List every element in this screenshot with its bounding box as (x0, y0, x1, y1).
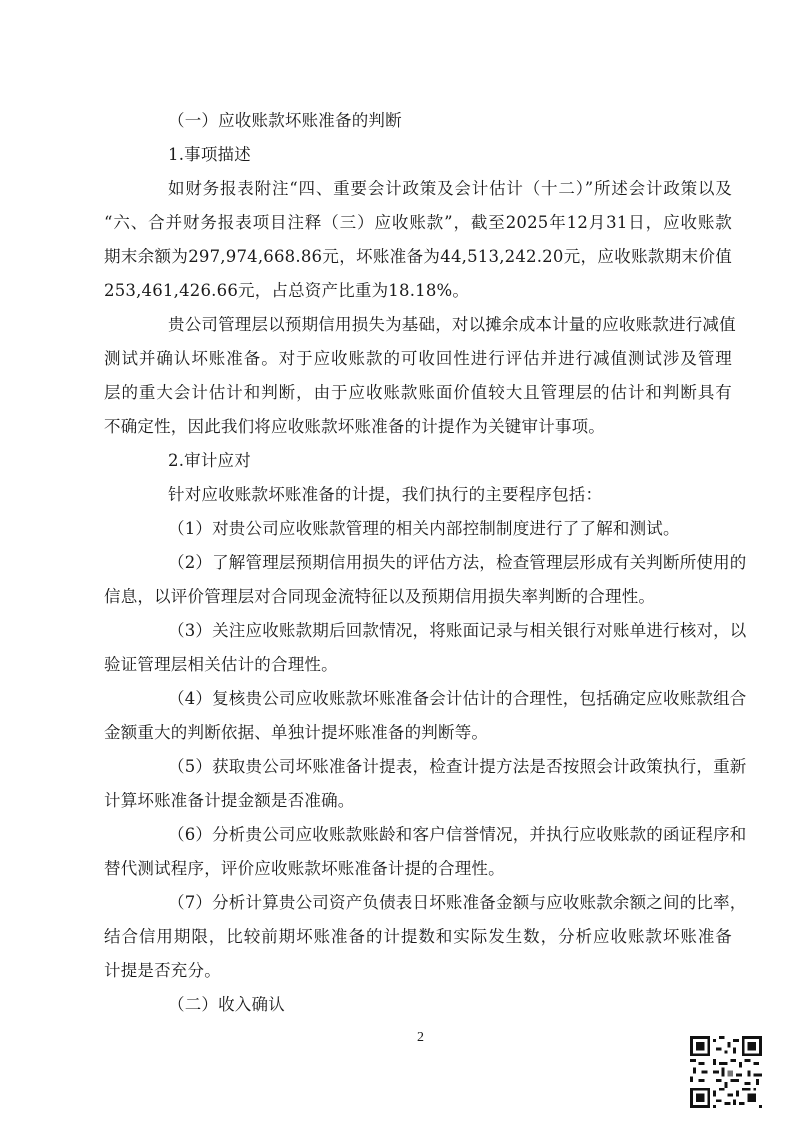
subheading-description: 1.事项描述 (168, 140, 251, 170)
procedure-item-7-cont2: 计提是否充分。 (104, 956, 221, 986)
section-heading-receivables: （一）应收账款坏账准备的判断 (168, 106, 402, 136)
procedure-item-3-cont: 验证管理层相关估计的合理性。 (104, 650, 338, 680)
paragraph-line: 层的重大会计估计和判断，由于应收账款账面价值较大且管理层的估计和判断具有 (104, 378, 732, 408)
paragraph-line: 贵公司管理层以预期信用损失为基础，对以摊余成本计量的应收账款进行减值 (168, 310, 732, 340)
procedure-item-2-cont: 信息，以评价管理层对合同现金流特征以及预期信用损失率判断的合理性。 (104, 582, 655, 612)
procedure-item-6-cont: 替代测试程序，评价应收账款坏账准备计提的合理性。 (104, 854, 505, 884)
procedure-item-4-cont: 金额重大的判断依据、单独计提坏账准备的判断等。 (104, 718, 488, 748)
procedures-intro: 针对应收账款坏账准备的计提，我们执行的主要程序包括： (168, 480, 602, 510)
procedure-item-7: （7）分析计算贵公司资产负债表日坏账准备金额与应收账款余额之间的比率， (168, 888, 732, 918)
paragraph-line: 测试并确认坏账准备。对于应收账款的可收回性进行评估并进行减值测试涉及管理 (104, 344, 732, 374)
subheading-audit-response: 2.审计应对 (168, 446, 251, 476)
paragraph-line: “六、合并财务报表项目注释（三）应收账款”，截至2025年12月31日，应收账款 (104, 208, 732, 238)
page-number: 2 (417, 1030, 424, 1046)
section-heading-revenue: （二）收入确认 (168, 990, 285, 1020)
paragraph-line: 不确定性，因此我们将应收账款坏账准备的计提作为关键审计事项。 (104, 412, 605, 442)
qr-code-icon (690, 1036, 762, 1108)
paragraph-line: 如财务报表附注“四、重要会计政策及会计估计（十二）”所述会计政策以及 (168, 174, 732, 204)
paragraph-line: 期末余额为297,974,668.86元，坏账准备为44,513,242.20元… (104, 242, 732, 272)
procedure-item-3: （3）关注应收账款期后回款情况，将账面记录与相关银行对账单进行核对，以 (168, 616, 732, 646)
procedure-item-1: （1）对贵公司应收账款管理的相关内部控制制度进行了了解和测试。 (168, 514, 680, 544)
paragraph-line: 253,461,426.66元，占总资产比重为18.18%。 (104, 276, 469, 306)
procedure-item-5: （5）获取贵公司坏账准备计提表，检查计提方法是否按照会计政策执行，重新 (168, 752, 732, 782)
procedure-item-4: （4）复核贵公司应收账款坏账准备会计估计的合理性，包括确定应收账款组合 (168, 684, 732, 714)
procedure-item-7-cont: 结合信用期限，比较前期坏账准备的计提数和实际发生数，分析应收账款坏账准备 (104, 922, 732, 952)
procedure-item-2: （2）了解管理层预期信用损失的评估方法，检查管理层形成有关判断所使用的 (168, 548, 732, 578)
document-page: （一）应收账款坏账准备的判断 1.事项描述 如财务报表附注“四、重要会计政策及会… (0, 0, 794, 1122)
procedure-item-6: （6）分析贵公司应收账款账龄和客户信誉情况，并执行应收账款的函证程序和 (168, 820, 732, 850)
procedure-item-5-cont: 计算坏账准备计提金额是否准确。 (104, 786, 355, 816)
